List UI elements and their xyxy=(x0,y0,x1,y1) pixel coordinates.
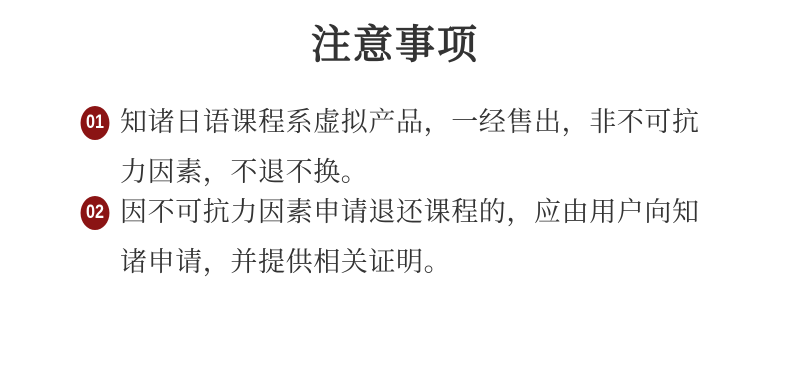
notice-text: 知诸日语课程系虚拟产品，一经售出，非不可抗 力因素，不退不换。 xyxy=(120,98,730,198)
notice-text: 因不可抗力因素申请退还课程的，应由用户向知 诸申请，并提供相关证明。 xyxy=(120,188,730,288)
number-badge-icon: 01 xyxy=(81,106,110,140)
notice-line: 诸申请，并提供相关证明。 xyxy=(120,238,730,288)
page-title: 注意事项 xyxy=(0,18,790,72)
notice-line: 知诸日语课程系虚拟产品，一经售出，非不可抗 xyxy=(120,98,730,148)
number-badge-icon: 02 xyxy=(81,196,110,230)
notice-line: 因不可抗力因素申请退还课程的，应由用户向知 xyxy=(120,188,730,238)
